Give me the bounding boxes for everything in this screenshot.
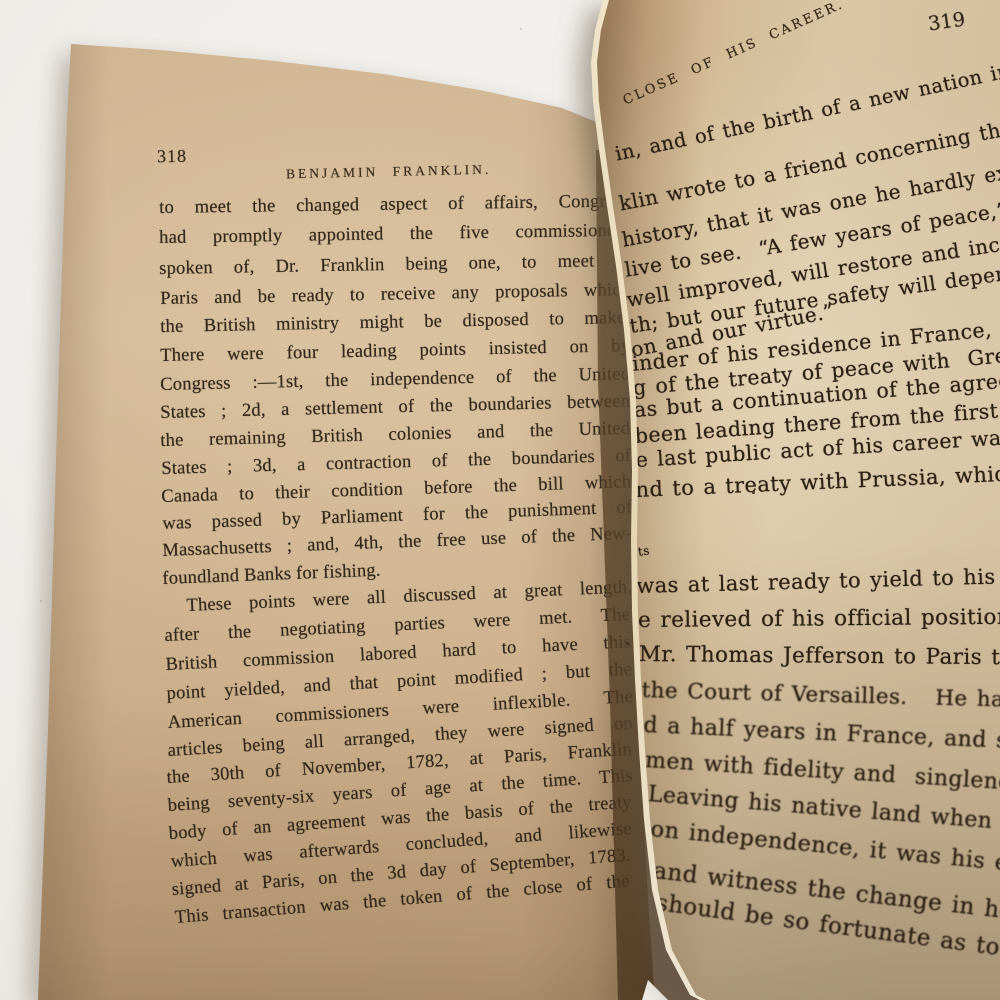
text-line: e relieved of his official position, a: [638, 604, 1000, 633]
right-page: 319 CLOSE OF HIS CAREER. in, and of the …: [0, 0, 1000, 1000]
text-line: Mr. Thomas Jefferson to Paris to s: [639, 642, 1000, 670]
right-page-wrap: 319 CLOSE OF HIS CAREER. in, and of the …: [0, 0, 1000, 1000]
ink-speck: [626, 642, 629, 645]
text-line: was at last ready to yield to his solic: [636, 563, 1000, 598]
text-line: ts: [637, 543, 651, 559]
right-page-text-block: in, and of the birth of a new nation int…: [0, 0, 1000, 1000]
ink-speck: [752, 491, 755, 494]
text-line: the Court of Versailles. He had li: [641, 678, 1000, 713]
text-line: d a half years in France, and ser: [643, 713, 1000, 755]
